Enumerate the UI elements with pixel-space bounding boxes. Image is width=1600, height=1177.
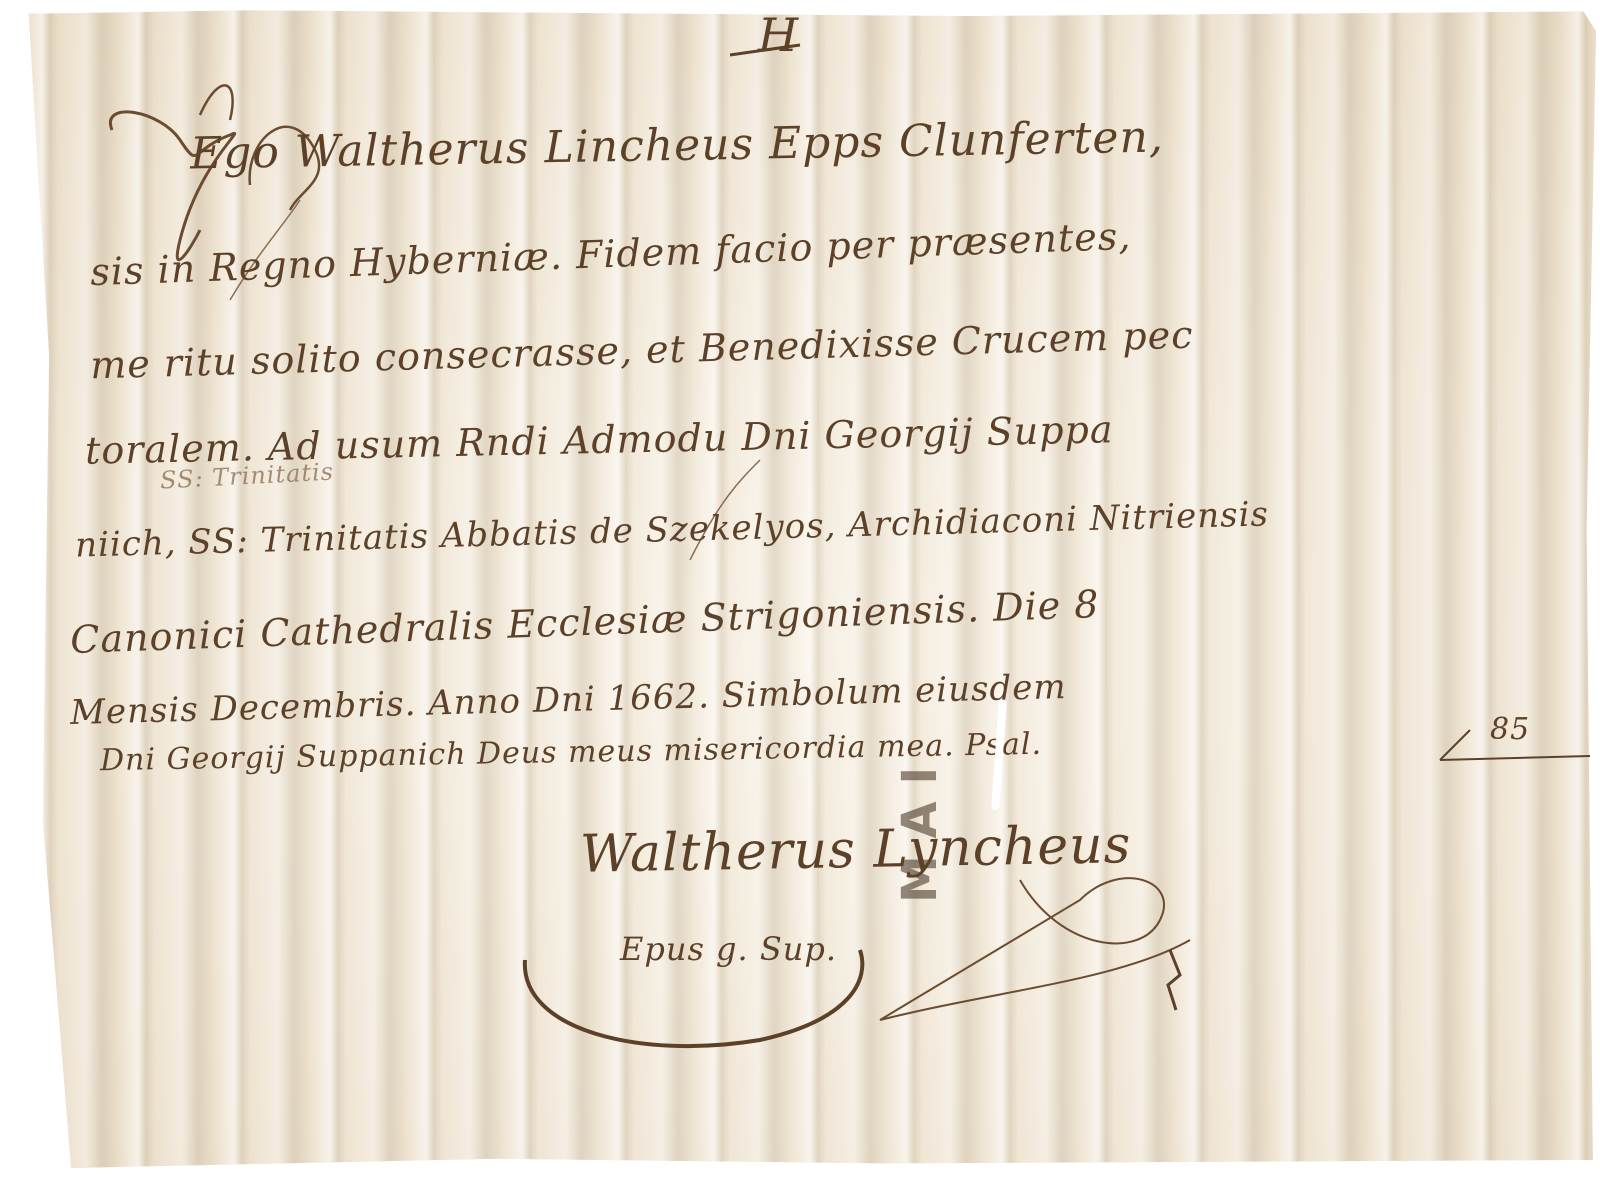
signature-title: Epus g. Sup. [620, 930, 837, 968]
margin-note: 85 [1490, 712, 1530, 747]
signature-name: Waltherus Lyncheus [580, 815, 1132, 885]
header-mark: H [758, 8, 798, 62]
